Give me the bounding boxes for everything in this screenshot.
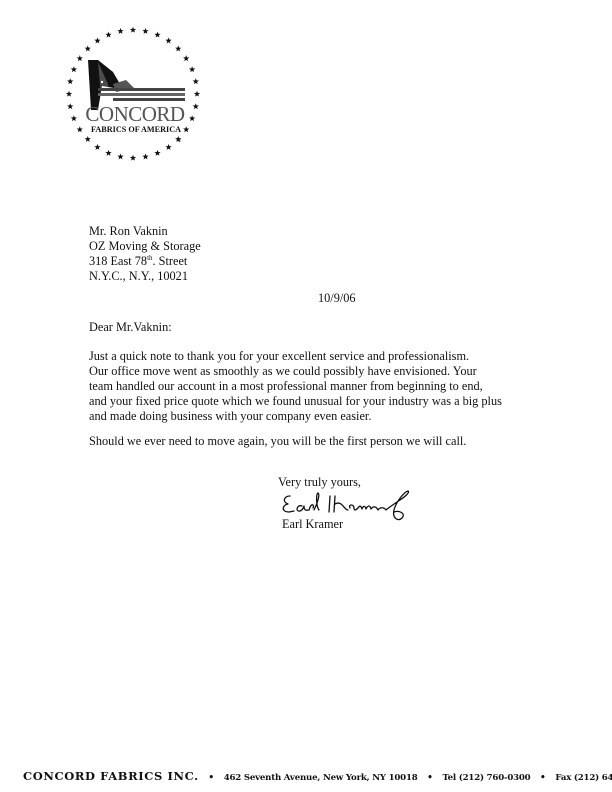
footer-fax: Fax (212) 643-8051 (555, 773, 612, 783)
company-logo: CONCORD FABRICS OF AMERICA ® (58, 22, 208, 167)
footer-separator: • (427, 773, 433, 783)
body-paragraph-1: Just a quick note to thank you for your … (89, 349, 502, 424)
registered-mark: ® (177, 137, 181, 144)
body-line: team handled our account in a most profe… (89, 379, 502, 394)
letterhead-footer: CONCORD FABRICS INC. • 462 Seventh Avenu… (23, 765, 612, 784)
recipient-name: Mr. Ron Vaknin (89, 224, 201, 239)
recipient-street: 318 East 78th. Street (89, 254, 201, 269)
body-line: Just a quick note to thank you for your … (89, 349, 502, 364)
footer-address: 462 Seventh Avenue, New York, NY 10018 (224, 773, 418, 783)
logo-name: CONCORD (85, 102, 185, 126)
body-line: Our office move went as smoothly as we c… (89, 364, 502, 379)
footer-separator: • (208, 773, 214, 783)
letter-date: 10/9/06 (318, 291, 356, 306)
star-ring-logo-icon: CONCORD FABRICS OF AMERICA ® (58, 22, 208, 167)
footer-separator: • (540, 773, 546, 783)
body-line: and your fixed price quote which we foun… (89, 394, 502, 409)
recipient-city: N.Y.C., N.Y., 10021 (89, 269, 201, 284)
footer-company: CONCORD FABRICS INC. (23, 769, 199, 783)
body-paragraph-2: Should we ever need to move again, you w… (89, 434, 466, 449)
salutation: Dear Mr.Vaknin: (89, 320, 172, 335)
recipient-company: OZ Moving & Storage (89, 239, 201, 254)
signer-name: Earl Kramer (282, 517, 343, 532)
footer-tel: Tel (212) 760-0300 (442, 773, 530, 783)
recipient-address: Mr. Ron Vaknin OZ Moving & Storage 318 E… (89, 224, 201, 284)
logo-tagline: FABRICS OF AMERICA (91, 125, 181, 134)
body-line: and made doing business with your compan… (89, 409, 502, 424)
